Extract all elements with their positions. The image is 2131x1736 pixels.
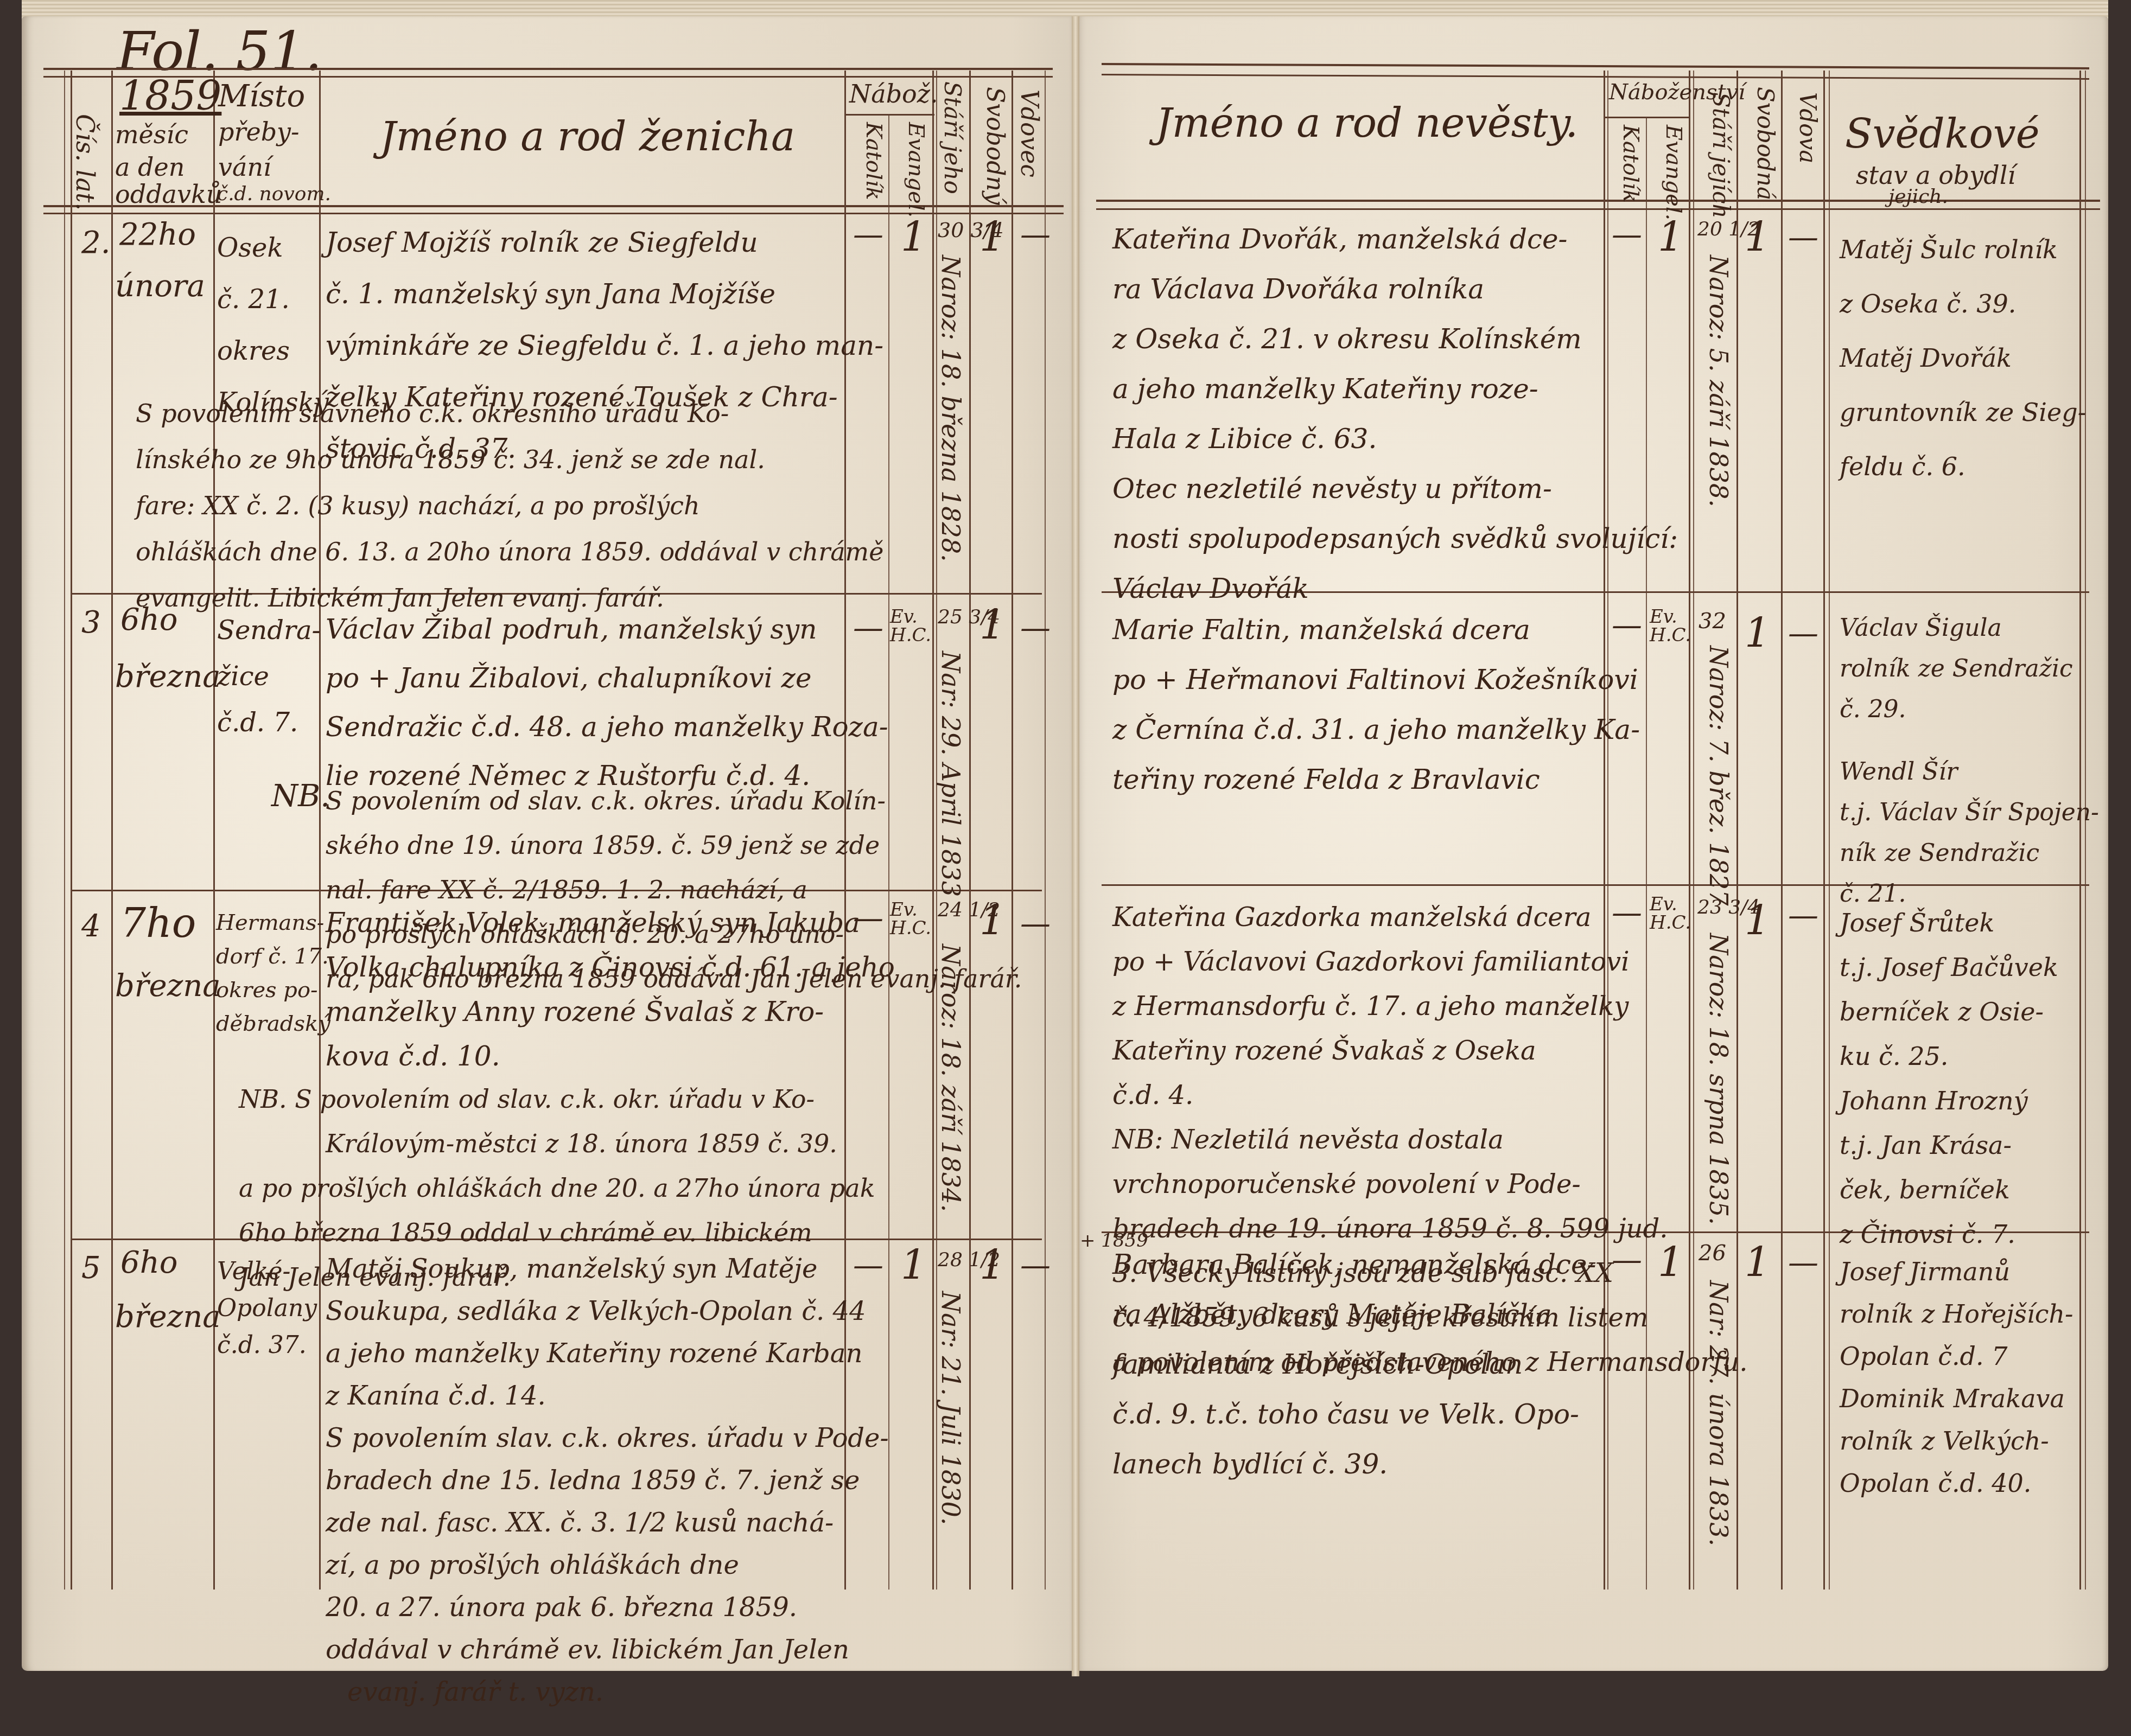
marriage-notes: S povolením slavného c.k. okresního úřad… <box>136 391 883 621</box>
header-place-2: přeby- <box>218 119 300 144</box>
groom-widower: — <box>1020 909 1051 939</box>
bride-widow: — <box>1788 618 1818 649</box>
groom-birth: Nar: 21. Juli 1830. <box>938 1291 963 1525</box>
groom-birth: Nar: 29. April 1833 <box>938 651 963 897</box>
bride-single: 1 <box>1745 217 1770 257</box>
header-witnesses-1: Svědkové <box>1845 114 2040 154</box>
header-widow-right: Vdova <box>1796 92 1819 163</box>
header-year: 1859 <box>119 76 221 116</box>
col-line <box>1045 71 1046 1590</box>
bride-details: Kateřina Dvořák, manželská dce-ra Václav… <box>1112 214 1678 614</box>
witnesses: Matěj Šulc rolníkz Oseka č. 39.Matěj Dvo… <box>1840 222 2086 494</box>
groom-birth: Naroz: 18. září 1834. <box>938 944 963 1212</box>
bride-evangelical: 1 <box>1658 1242 1683 1282</box>
bride-widow: — <box>1788 222 1818 253</box>
book-gutter <box>1072 16 1079 1676</box>
groom-catholic: — <box>853 613 883 643</box>
witnesses: Josef Šrůtekt.j. Josef Bačůvekberníček z… <box>1840 901 2058 1256</box>
groom-widower: — <box>1020 1250 1051 1281</box>
groom-evangelical: 1 <box>901 1245 926 1285</box>
entry-date-day: 6ho <box>120 1248 177 1278</box>
bride-single: 1 <box>1745 1242 1770 1282</box>
entry-date-day: 7ho <box>120 903 196 943</box>
groom-widower: — <box>1020 220 1051 250</box>
header-bottom-rule-right-2 <box>1096 208 2100 210</box>
entry-date-month: března <box>115 1302 221 1332</box>
witnesses: Václav Šigularolník ze Sendražicč. 29.We… <box>1840 608 2099 914</box>
bride-evangelical: Ev. H.C. <box>1650 608 1688 644</box>
header-place-3: vání <box>218 155 271 180</box>
header-evangelical-right: Evangel. <box>1663 125 1684 220</box>
header-single: Svobodný <box>983 87 1007 205</box>
religion-subheader-rule-right <box>1604 117 1690 118</box>
header-age-right: Stáří jejích <box>1709 92 1732 218</box>
header-single-right: Svobodná <box>1754 87 1777 200</box>
entry-place: Sendra-žiceč.d. 7. <box>217 608 321 746</box>
religion-subheader-rule <box>844 114 934 116</box>
bride-age: 26 <box>1699 1242 1726 1264</box>
col-line <box>213 71 215 1590</box>
groom-single: 1 <box>979 901 1005 941</box>
entry-date-month: března <box>115 971 221 1001</box>
bride-catholic: — <box>1612 220 1642 250</box>
header-place-1: Místo <box>218 81 305 112</box>
col-line <box>1781 71 1783 1590</box>
header-widower: Vdovec <box>1017 90 1041 177</box>
bride-birth: Naroz: 18. srpna 1835. <box>1706 933 1731 1225</box>
col-line <box>64 71 65 1590</box>
groom-birth: Naroz: 18. března 1828. <box>938 255 963 562</box>
header-evangelical: Evangel. <box>905 122 927 218</box>
bride-widow: — <box>1788 1248 1818 1278</box>
header-entry-no: Čís. lat. <box>73 114 98 210</box>
nb-mark: NB. <box>271 781 330 812</box>
groom-single: 1 <box>979 1245 1005 1285</box>
entry-date-month: února <box>115 271 205 302</box>
bride-catholic: — <box>1612 898 1642 928</box>
bride-birth: Nar: 27. února 1833. <box>1706 1280 1731 1546</box>
header-place-4: č.d. novom. <box>217 184 331 204</box>
groom-widower: — <box>1020 613 1051 643</box>
col-line <box>1823 71 1825 1590</box>
bride-widow: — <box>1788 901 1818 931</box>
header-age: Stáří jeho <box>941 81 964 194</box>
bride-age: 32 <box>1699 610 1726 632</box>
col-line <box>1829 71 1830 1590</box>
header-catholic-right: Katolík <box>1620 125 1642 203</box>
entry-number: 2. <box>81 228 110 258</box>
groom-evangelical: Ev. H.C. <box>890 901 928 937</box>
groom-details: Václav Žibal podruh, manželský synpo + J… <box>326 605 888 800</box>
bride-birth: Naroz: 7. břez. 1827 <box>1706 646 1731 905</box>
header-bride: Jméno a rod nevěsty. <box>1156 103 1578 143</box>
entry-number: 3 <box>81 608 101 638</box>
groom-details: František Volek, manželský syn JakubaVol… <box>326 901 895 1078</box>
groom-evangelical: Ev. H.C. <box>890 608 928 644</box>
entry-date-month: března <box>115 662 221 692</box>
groom-catholic: — <box>853 1250 883 1281</box>
entry-date-day: 6ho <box>120 605 177 635</box>
bride-birth: Naroz: 5. září 1838. <box>1706 255 1731 507</box>
entry-number: 4 <box>81 911 101 942</box>
bride-details: Marie Faltin, manželská dcerapo + Heřman… <box>1112 605 1640 805</box>
groom-catholic: — <box>853 220 883 250</box>
header-witnesses-3: jejich. <box>1888 187 1948 207</box>
bride-evangelical: Ev. H.C. <box>1650 895 1688 932</box>
entry-place: Velké-Opolanyč.d. 37. <box>217 1253 317 1364</box>
groom-single: 1 <box>979 217 1005 257</box>
header-bottom-rule-right <box>1096 200 2100 202</box>
folio-number: Fol. 51. <box>117 24 322 79</box>
groom-details: Matěj Soukup, manželský syn MatějeSoukup… <box>326 1248 889 1713</box>
witnesses: Josef Jirmanůrolník z Hořejších-Opolan č… <box>1840 1250 2073 1504</box>
header-date-1: měsíc <box>115 122 188 147</box>
groom-single: 1 <box>979 605 1005 645</box>
bride-single: 1 <box>1745 901 1770 941</box>
entry-place: Hermans-dorf č. 17.okres po-děbradský <box>216 906 330 1041</box>
col-line <box>111 71 113 1590</box>
entry-number: 5 <box>81 1253 101 1284</box>
header-date-2: a den <box>115 155 185 180</box>
bride-catholic: — <box>1612 610 1642 641</box>
bride-catholic: — <box>1612 1245 1642 1275</box>
col-line <box>71 71 72 1590</box>
header-groom: Jméno a rod ženicha <box>380 117 795 157</box>
groom-catholic: — <box>853 903 883 934</box>
header-witnesses-2: stav a obydlí <box>1856 163 2015 188</box>
bride-details: Barbara Balíček, nemanželská dce-ra Alžb… <box>1112 1240 1596 1489</box>
groom-evangelical: 1 <box>901 217 926 257</box>
header-catholic: Katolík <box>863 122 885 200</box>
header-top-rule <box>43 68 1053 70</box>
header-religion: Nábož. <box>849 81 938 106</box>
bride-evangelical: 1 <box>1658 217 1683 257</box>
header-date-3: oddavků <box>115 182 222 207</box>
entry-date-day: 22ho <box>119 220 196 250</box>
bride-single: 1 <box>1745 613 1770 653</box>
